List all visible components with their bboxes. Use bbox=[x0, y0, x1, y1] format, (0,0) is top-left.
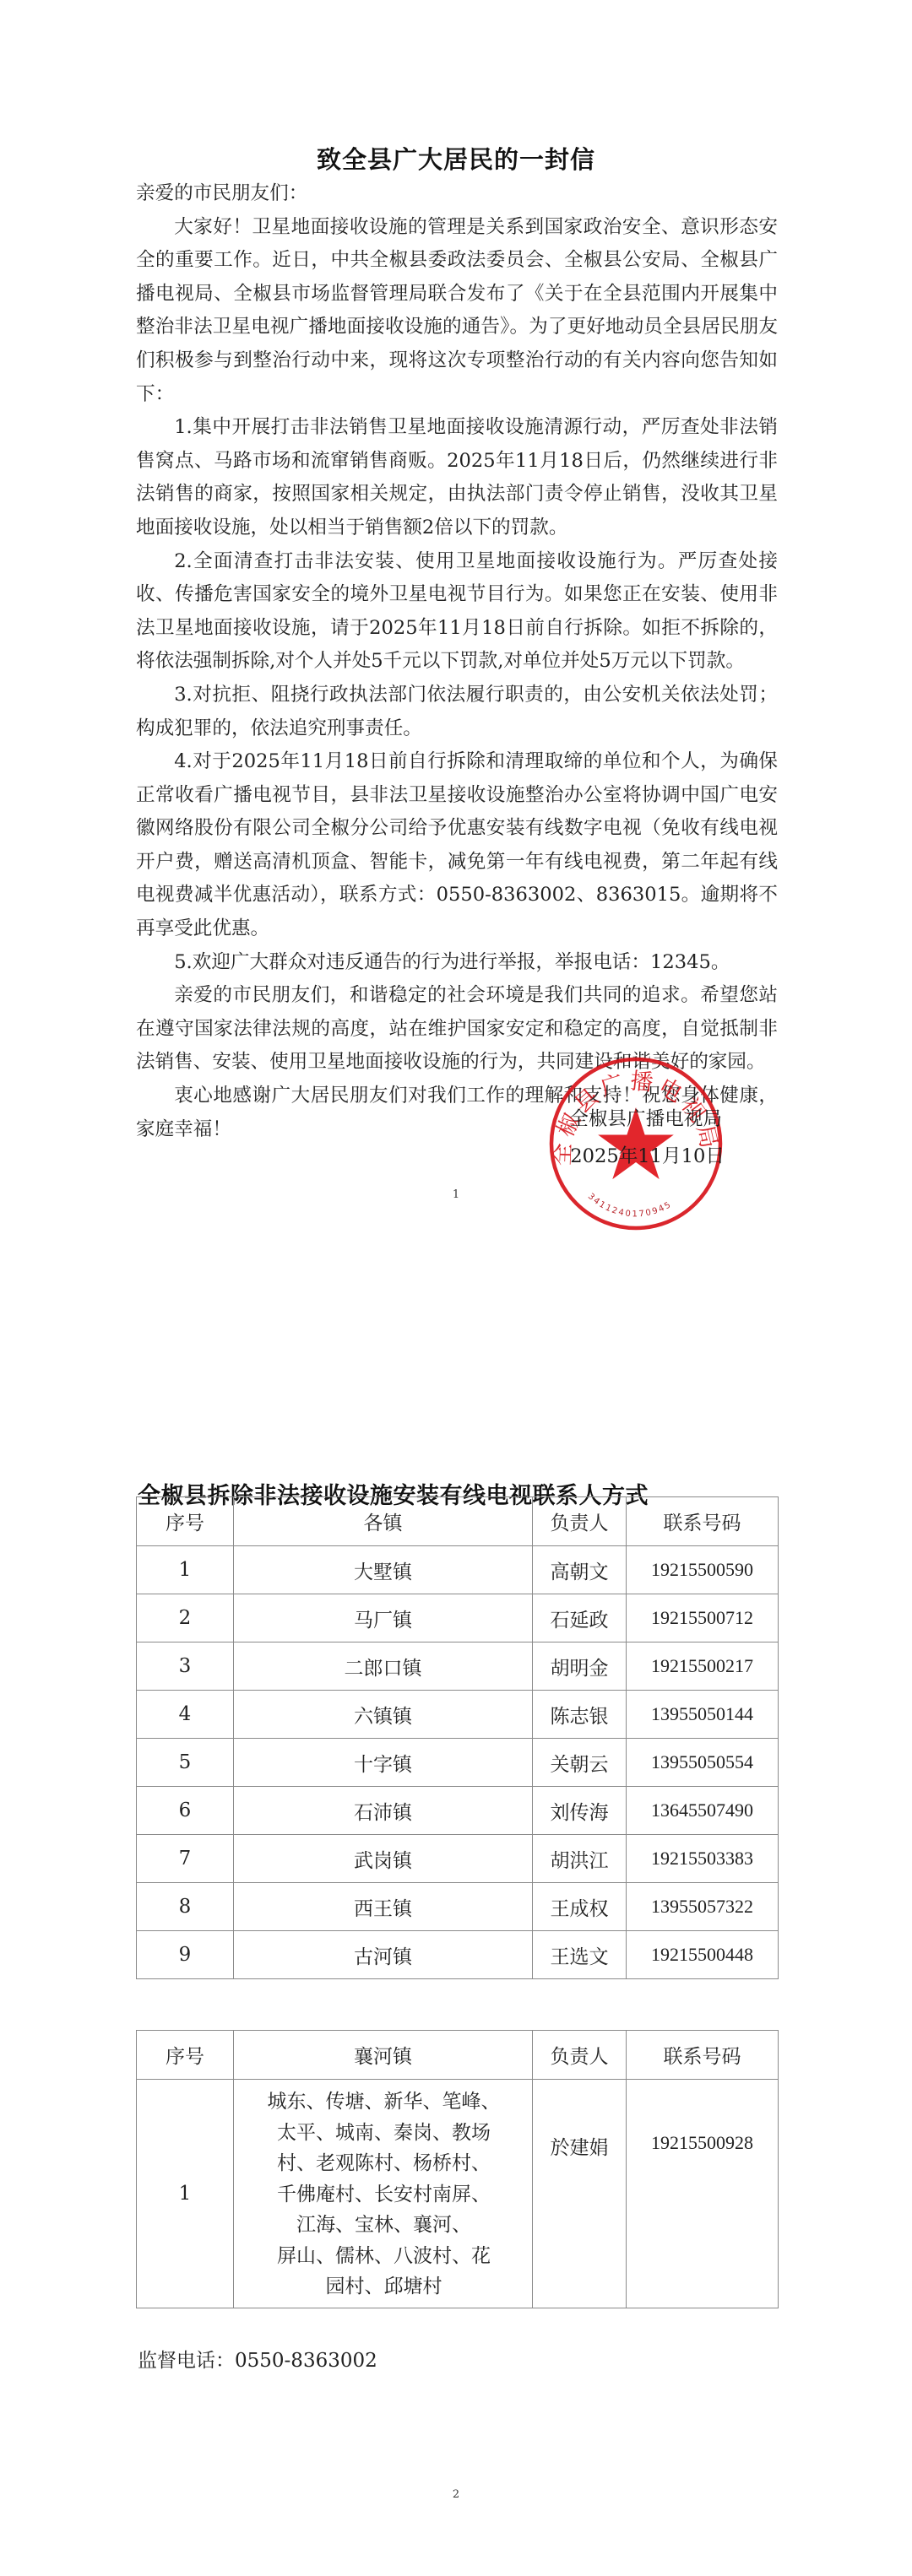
header-index: 序号 bbox=[137, 2031, 234, 2080]
table-row: 1 大墅镇 高朝文 19215500590 bbox=[137, 1546, 779, 1594]
signature-organization: 全椒县广播电视局 bbox=[569, 1104, 722, 1131]
supervision-hotline: 监督电话：0550-8363002 bbox=[138, 2345, 377, 2373]
cell-index: 6 bbox=[137, 1787, 234, 1835]
village-line: 屏山、儒林、八波村、花 bbox=[244, 2241, 524, 2272]
cell-town: 十字镇 bbox=[234, 1739, 533, 1787]
cell-index: 1 bbox=[137, 2080, 234, 2308]
village-line: 江海、宝林、襄河、 bbox=[244, 2210, 524, 2241]
cell-index: 2 bbox=[137, 1594, 234, 1642]
page-number: 1 bbox=[0, 1188, 912, 1201]
cell-phone: 19215500217 bbox=[627, 1642, 779, 1691]
village-line: 园村、邱塘村 bbox=[244, 2271, 524, 2303]
cell-index: 7 bbox=[137, 1835, 234, 1883]
cell-phone: 13955057322 bbox=[627, 1883, 779, 1931]
cell-town: 石沛镇 bbox=[234, 1787, 533, 1835]
cell-person: 石延政 bbox=[533, 1594, 627, 1642]
letter-paragraph-item-2: 2.全面清查打击非法安装、使用卫星地面接收设施行为。严厉查处接收、传播危害国家安… bbox=[136, 545, 778, 679]
cell-person: 胡洪江 bbox=[533, 1835, 627, 1883]
cell-phone: 19215500712 bbox=[627, 1594, 779, 1642]
table-header-row: 序号 各镇 负责人 联系号码 bbox=[137, 1497, 779, 1546]
letter-paragraph-item-4: 4.对于2025年11月18日前自行拆除和清理取缔的单位和个人，为确保正常收看广… bbox=[136, 745, 778, 946]
cell-phone: 13645507490 bbox=[627, 1787, 779, 1835]
letter-paragraph-item-1: 1.集中开展打击非法销售卫星地面接收设施清源行动，严厉查处非法销售窝点、马路市场… bbox=[136, 411, 778, 544]
village-line: 村、老观陈村、杨桥村、 bbox=[244, 2148, 524, 2179]
cell-phone: 13955050144 bbox=[627, 1691, 779, 1739]
table-row: 1 城东、传塘、新华、笔峰、 太平、城南、秦岗、教场 村、老观陈村、杨桥村、 千… bbox=[137, 2080, 779, 2308]
letter-paragraph-item-5: 5.欢迎广大群众对违反通告的行为进行举报，举报电话：12345。 bbox=[136, 946, 778, 980]
cell-town: 六镇镇 bbox=[234, 1691, 533, 1739]
signature-date: 2025年11月10日 bbox=[570, 1141, 725, 1168]
cell-villages: 城东、传塘、新华、笔峰、 太平、城南、秦岗、教场 村、老观陈村、杨桥村、 千佛庵… bbox=[234, 2080, 533, 2308]
table-row: 4 六镇镇 陈志银 13955050144 bbox=[137, 1691, 779, 1739]
village-line: 太平、城南、秦岗、教场 bbox=[244, 2118, 524, 2149]
cell-index: 1 bbox=[137, 1546, 234, 1594]
letter-title: 致全县广大居民的一封信 bbox=[0, 141, 912, 176]
letter-body: 亲爱的市民朋友们： 大家好！卫星地面接收设施的管理是关系到国家政治安全、意识形态… bbox=[136, 177, 778, 1146]
cell-person: 王选文 bbox=[533, 1931, 627, 1979]
cell-town: 二郎口镇 bbox=[234, 1642, 533, 1691]
cell-index: 3 bbox=[137, 1642, 234, 1691]
town-contacts-table: 序号 各镇 负责人 联系号码 1 大墅镇 高朝文 19215500590 2 马… bbox=[136, 1496, 779, 1979]
letter-paragraph-intro: 大家好！卫星地面接收设施的管理是关系到国家政治安全、意识形态安全的重要工作。近日… bbox=[136, 211, 778, 412]
contacts-page: 全椒县拆除非法接收设施安装有线电视联系人方式 序号 各镇 负责人 联系号码 1 … bbox=[0, 1266, 912, 2576]
cell-town: 大墅镇 bbox=[234, 1546, 533, 1594]
cell-phone: 19215503383 bbox=[627, 1835, 779, 1883]
cell-person: 关朝云 bbox=[533, 1739, 627, 1787]
header-phone: 联系号码 bbox=[627, 2031, 779, 2080]
page-number: 2 bbox=[0, 2488, 912, 2501]
letter-greeting: 亲爱的市民朋友们： bbox=[136, 177, 778, 211]
cell-phone: 19215500928 bbox=[627, 2080, 779, 2308]
table-row: 7 武岗镇 胡洪江 19215503383 bbox=[137, 1835, 779, 1883]
table-row: 8 西王镇 王成权 13955057322 bbox=[137, 1883, 779, 1931]
table-row: 3 二郎口镇 胡明金 19215500217 bbox=[137, 1642, 779, 1691]
cell-index: 8 bbox=[137, 1883, 234, 1931]
cell-person: 王成权 bbox=[533, 1883, 627, 1931]
cell-town: 西王镇 bbox=[234, 1883, 533, 1931]
cell-index: 9 bbox=[137, 1931, 234, 1979]
cell-index: 5 bbox=[137, 1739, 234, 1787]
cell-person: 高朝文 bbox=[533, 1546, 627, 1594]
cell-person: 刘传海 bbox=[533, 1787, 627, 1835]
xianghe-contacts-table: 序号 襄河镇 负责人 联系号码 1 城东、传塘、新华、笔峰、 太平、城南、秦岗、… bbox=[136, 2030, 779, 2308]
village-line: 城东、传塘、新华、笔峰、 bbox=[244, 2086, 524, 2118]
seal-serial: 3411240170945 bbox=[586, 1192, 674, 1219]
cell-index: 4 bbox=[137, 1691, 234, 1739]
cell-phone: 19215500448 bbox=[627, 1931, 779, 1979]
cell-phone: 13955050554 bbox=[627, 1739, 779, 1787]
header-index: 序号 bbox=[137, 1497, 234, 1546]
cell-person: 陈志银 bbox=[533, 1691, 627, 1739]
cell-person: 於建娟 bbox=[533, 2080, 627, 2308]
svg-text:3411240170945: 3411240170945 bbox=[586, 1192, 674, 1219]
header-town: 襄河镇 bbox=[234, 2031, 533, 2080]
header-town: 各镇 bbox=[234, 1497, 533, 1546]
cell-phone: 19215500590 bbox=[627, 1546, 779, 1594]
letter-paragraph-item-3: 3.对抗拒、阻挠行政执法部门依法履行职责的，由公安机关依法处罚；构成犯罪的，依法… bbox=[136, 679, 778, 745]
cell-town: 武岗镇 bbox=[234, 1835, 533, 1883]
header-person: 负责人 bbox=[533, 1497, 627, 1546]
header-person: 负责人 bbox=[533, 2031, 627, 2080]
letter-page: 致全县广大居民的一封信 亲爱的市民朋友们： 大家好！卫星地面接收设施的管理是关系… bbox=[0, 0, 912, 1266]
table-row: 6 石沛镇 刘传海 13645507490 bbox=[137, 1787, 779, 1835]
cell-person: 胡明金 bbox=[533, 1642, 627, 1691]
village-line: 千佛庵村、长安村南屏、 bbox=[244, 2179, 524, 2211]
table-header-row: 序号 襄河镇 负责人 联系号码 bbox=[137, 2031, 779, 2080]
header-phone: 联系号码 bbox=[627, 1497, 779, 1546]
cell-town: 古河镇 bbox=[234, 1931, 533, 1979]
table-row: 2 马厂镇 石延政 19215500712 bbox=[137, 1594, 779, 1642]
table-row: 5 十字镇 关朝云 13955050554 bbox=[137, 1739, 779, 1787]
table-row: 9 古河镇 王选文 19215500448 bbox=[137, 1931, 779, 1979]
cell-town: 马厂镇 bbox=[234, 1594, 533, 1642]
